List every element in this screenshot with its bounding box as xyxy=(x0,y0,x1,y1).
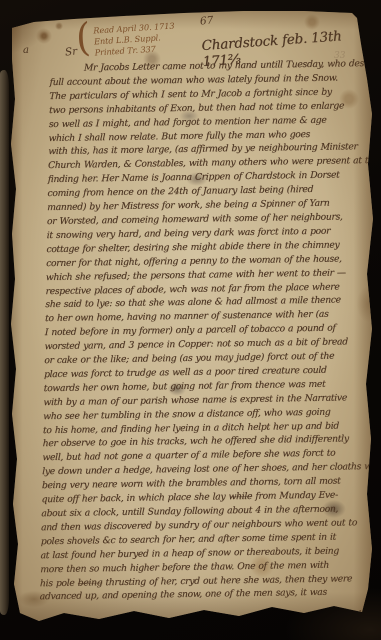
manuscript-photo: ( Read April 30. 1713Entd L.B. Suppl.Pri… xyxy=(0,0,381,640)
catchword: alive, tucked xyxy=(302,609,362,622)
archival-register-note: Read April 30. 1713Entd L.B. Suppl.Print… xyxy=(93,21,176,59)
item-number: 67 xyxy=(200,14,214,27)
manuscript-page: ( Read April 30. 1713Entd L.B. Suppl.Pri… xyxy=(4,4,376,636)
book-fore-edge xyxy=(0,70,9,615)
letter-body: Mr Jacobs Letter came not to my hand unt… xyxy=(40,57,374,605)
salutation: Sr xyxy=(64,45,77,58)
margin-letter: a xyxy=(23,45,29,56)
